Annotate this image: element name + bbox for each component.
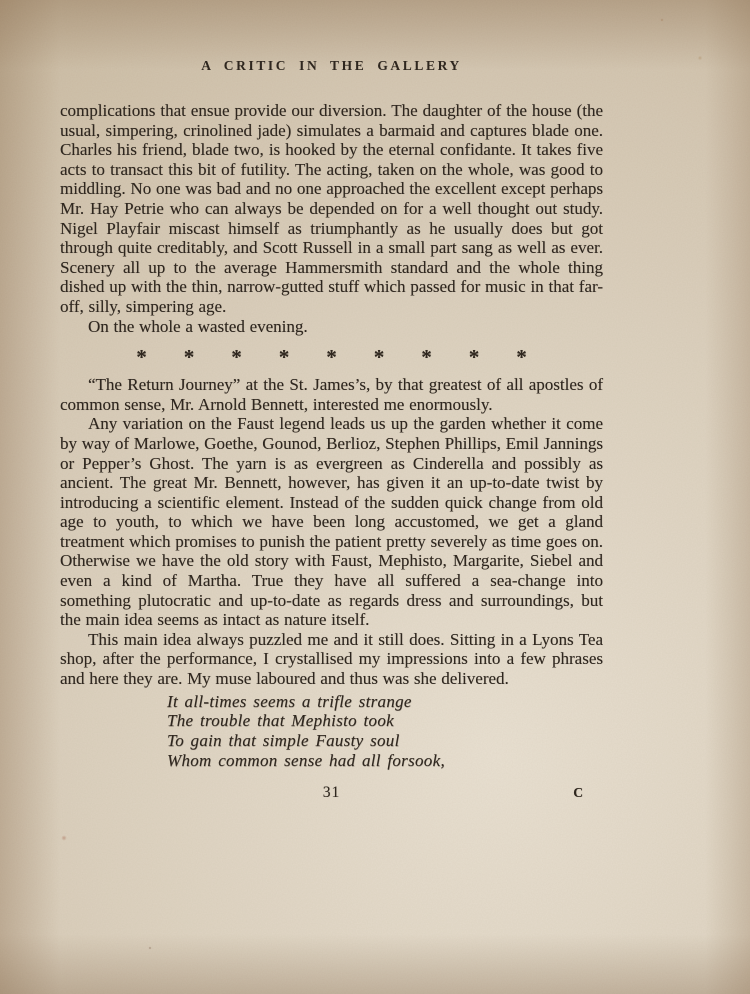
- section-divider: * * * * * * * * *: [60, 347, 603, 368]
- asterisk-icon: *: [136, 347, 147, 368]
- poem-line: To gain that simple Fausty soul: [167, 731, 603, 751]
- paragraph: “The Return Journey” at the St. James’s,…: [60, 375, 603, 414]
- page-footer: 31 C: [60, 784, 603, 804]
- asterisk-icon: *: [516, 347, 527, 368]
- poem: It all-times seems a trifle strange The …: [167, 692, 603, 771]
- paragraph: On the whole a wasted evening.: [60, 317, 603, 337]
- asterisk-icon: *: [326, 347, 337, 368]
- book-page: A CRITIC IN THE GALLERY complications th…: [0, 0, 750, 994]
- asterisk-icon: *: [184, 347, 195, 368]
- poem-line: It all-times seems a trifle strange: [167, 692, 603, 712]
- running-head: A CRITIC IN THE GALLERY: [60, 57, 603, 74]
- poem-line: The trouble that Mephisto took: [167, 711, 603, 731]
- poem-line: Whom common sense had all forsook,: [167, 751, 603, 771]
- asterisk-icon: *: [421, 347, 432, 368]
- signature-mark: C: [573, 785, 583, 801]
- asterisk-icon: *: [469, 347, 480, 368]
- paragraph: This main idea always puzzled me and it …: [60, 630, 603, 689]
- asterisk-icon: *: [231, 347, 242, 368]
- asterisk-icon: *: [279, 347, 290, 368]
- paragraph: Any variation on the Faust legend leads …: [60, 414, 603, 630]
- asterisk-icon: *: [374, 347, 385, 368]
- paragraph-continuation: complications that ensue provide our div…: [60, 101, 603, 317]
- page-number: 31: [60, 784, 603, 802]
- text-block: A CRITIC IN THE GALLERY complications th…: [60, 57, 603, 804]
